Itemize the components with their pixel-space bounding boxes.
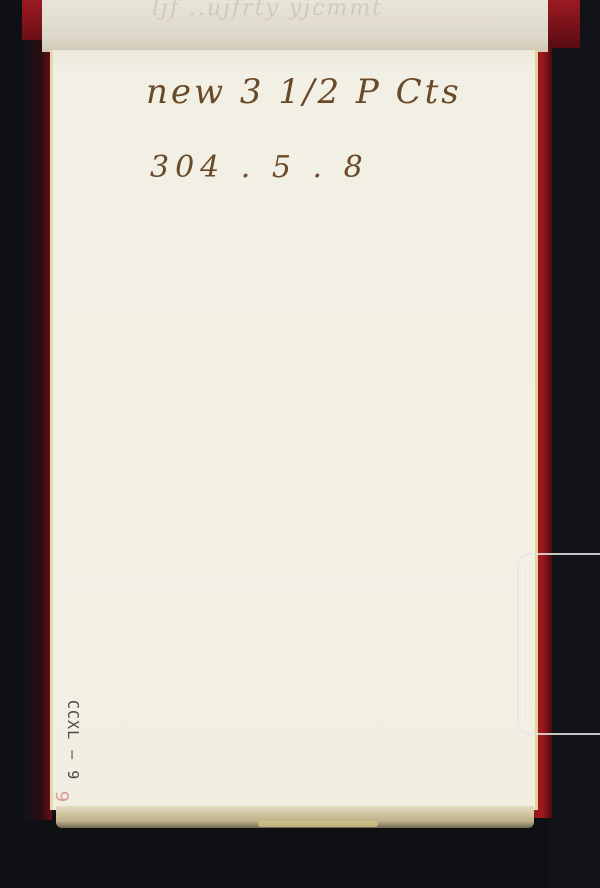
handwritten-line-1: new 3 1/2 P Cts xyxy=(146,72,462,112)
previous-page-edge: ljf ..ujfrty yjcmmt xyxy=(42,0,548,52)
previous-page-text: ljf ..ujfrty yjcmmt xyxy=(152,0,383,21)
background xyxy=(548,0,600,888)
plastic-clip-highlight xyxy=(522,560,537,724)
gilt-highlight xyxy=(258,821,378,827)
catalog-stamp: CCXL — 9 xyxy=(64,700,82,780)
handwritten-line-2: 304 . 5 . 8 xyxy=(150,150,369,185)
pencil-folio-number: 9 xyxy=(51,791,72,802)
book-cover-left xyxy=(24,0,52,820)
